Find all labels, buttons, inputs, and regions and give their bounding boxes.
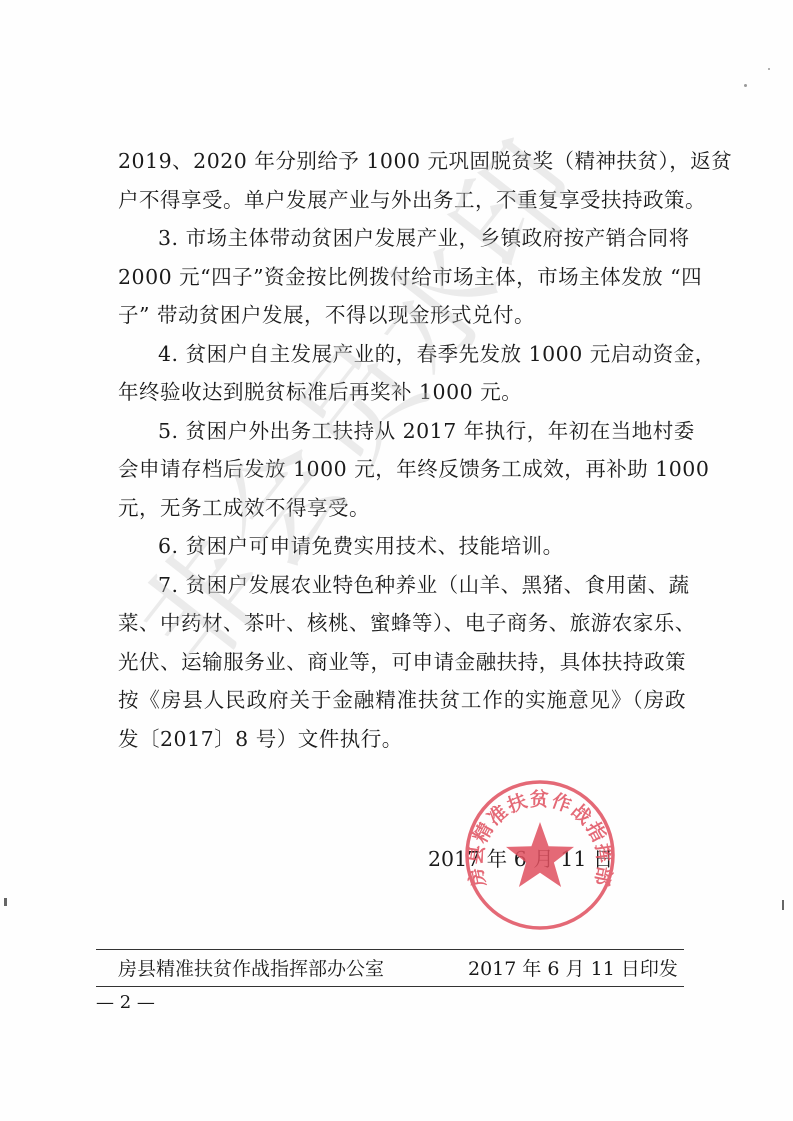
text-line: 发〔2017〕8 号）文件执行。 — [118, 720, 686, 759]
scan-speck — [768, 68, 770, 70]
text-line: 7. 贫困户发展农业特色种养业（山羊、黑猪、食用菌、蔬 — [118, 566, 686, 605]
text-line: 元，无务工成效不得享受。 — [118, 489, 686, 528]
star-icon — [506, 822, 574, 887]
footer-divider-bottom — [96, 986, 684, 987]
text-line: 子” 带动贫困户发展，不得以现金形式兑付。 — [118, 296, 686, 335]
text-line: 会申请存档后发放 1000 元，年终反馈务工成效，再补助 1000 — [118, 450, 686, 489]
text-line: 2000 元“四子”资金按比例拨付给市场主体，市场主体发放 “四 — [118, 258, 686, 297]
paragraph-award: 2019、2020 年分别给予 1000 元巩固脱贫奖（精神扶贫），返贫 户不得… — [118, 142, 686, 219]
paragraph-item-4: 4. 贫困户自主发展产业的，春季先发放 1000 元启动资金， 年终验收达到脱贫… — [118, 335, 686, 412]
text-line: 2019、2020 年分别给予 1000 元巩固脱贫奖（精神扶贫），返贫 — [118, 142, 686, 181]
text-line: 5. 贫困户外出务工扶持从 2017 年执行，年初在当地村委 — [118, 412, 686, 451]
document-page: 非会员水印 2019、2020 年分别给予 1000 元巩固脱贫奖（精神扶贫），… — [0, 0, 793, 1121]
scan-edge-mark — [4, 898, 7, 906]
text-line: 4. 贫困户自主发展产业的，春季先发放 1000 元启动资金， — [118, 335, 686, 374]
page-number: — 2 — — [96, 992, 155, 1013]
text-line: 户不得享受。单户发展产业与外出务工，不重复享受扶持政策。 — [118, 181, 686, 220]
official-seal: 房县精准扶贫作战指挥部 — [463, 778, 617, 932]
text-line: 按《房县人民政府关于金融精准扶贫工作的实施意见》（房政 — [118, 681, 686, 720]
footer-issue-date: 2017 年 6 月 11 日印发 — [468, 954, 678, 981]
text-line: 6. 贫困户可申请免费实用技术、技能培训。 — [118, 527, 686, 566]
footer-divider-top — [96, 949, 684, 950]
paragraph-item-3: 3. 市场主体带动贫困户发展产业，乡镇政府按产销合同将 2000 元“四子”资金… — [118, 219, 686, 335]
paragraph-item-7: 7. 贫困户发展农业特色种养业（山羊、黑猪、食用菌、蔬 菜、中药材、茶叶、核桃、… — [118, 566, 686, 759]
scan-speck — [744, 84, 747, 87]
text-line: 年终验收达到脱贫标准后再奖补 1000 元。 — [118, 373, 686, 412]
paragraph-item-6: 6. 贫困户可申请免费实用技术、技能培训。 — [118, 527, 686, 566]
text-line: 3. 市场主体带动贫困户发展产业，乡镇政府按产销合同将 — [118, 219, 686, 258]
paragraph-item-5: 5. 贫困户外出务工扶持从 2017 年执行，年初在当地村委 会申请存档后发放 … — [118, 412, 686, 528]
text-line: 菜、中药材、茶叶、核桃、蜜蜂等）、电子商务、旅游农家乐、 — [118, 604, 686, 643]
scan-edge-mark — [782, 900, 784, 910]
footer-issuer: 房县精准扶贫作战指挥部办公室 — [118, 954, 384, 981]
seal-graphic: 房县精准扶贫作战指挥部 — [463, 778, 617, 932]
document-body: 2019、2020 年分别给予 1000 元巩固脱贫奖（精神扶贫），返贫 户不得… — [118, 142, 686, 758]
text-line: 光伏、运输服务业、商业等，可申请金融扶持，具体扶持政策 — [118, 643, 686, 682]
